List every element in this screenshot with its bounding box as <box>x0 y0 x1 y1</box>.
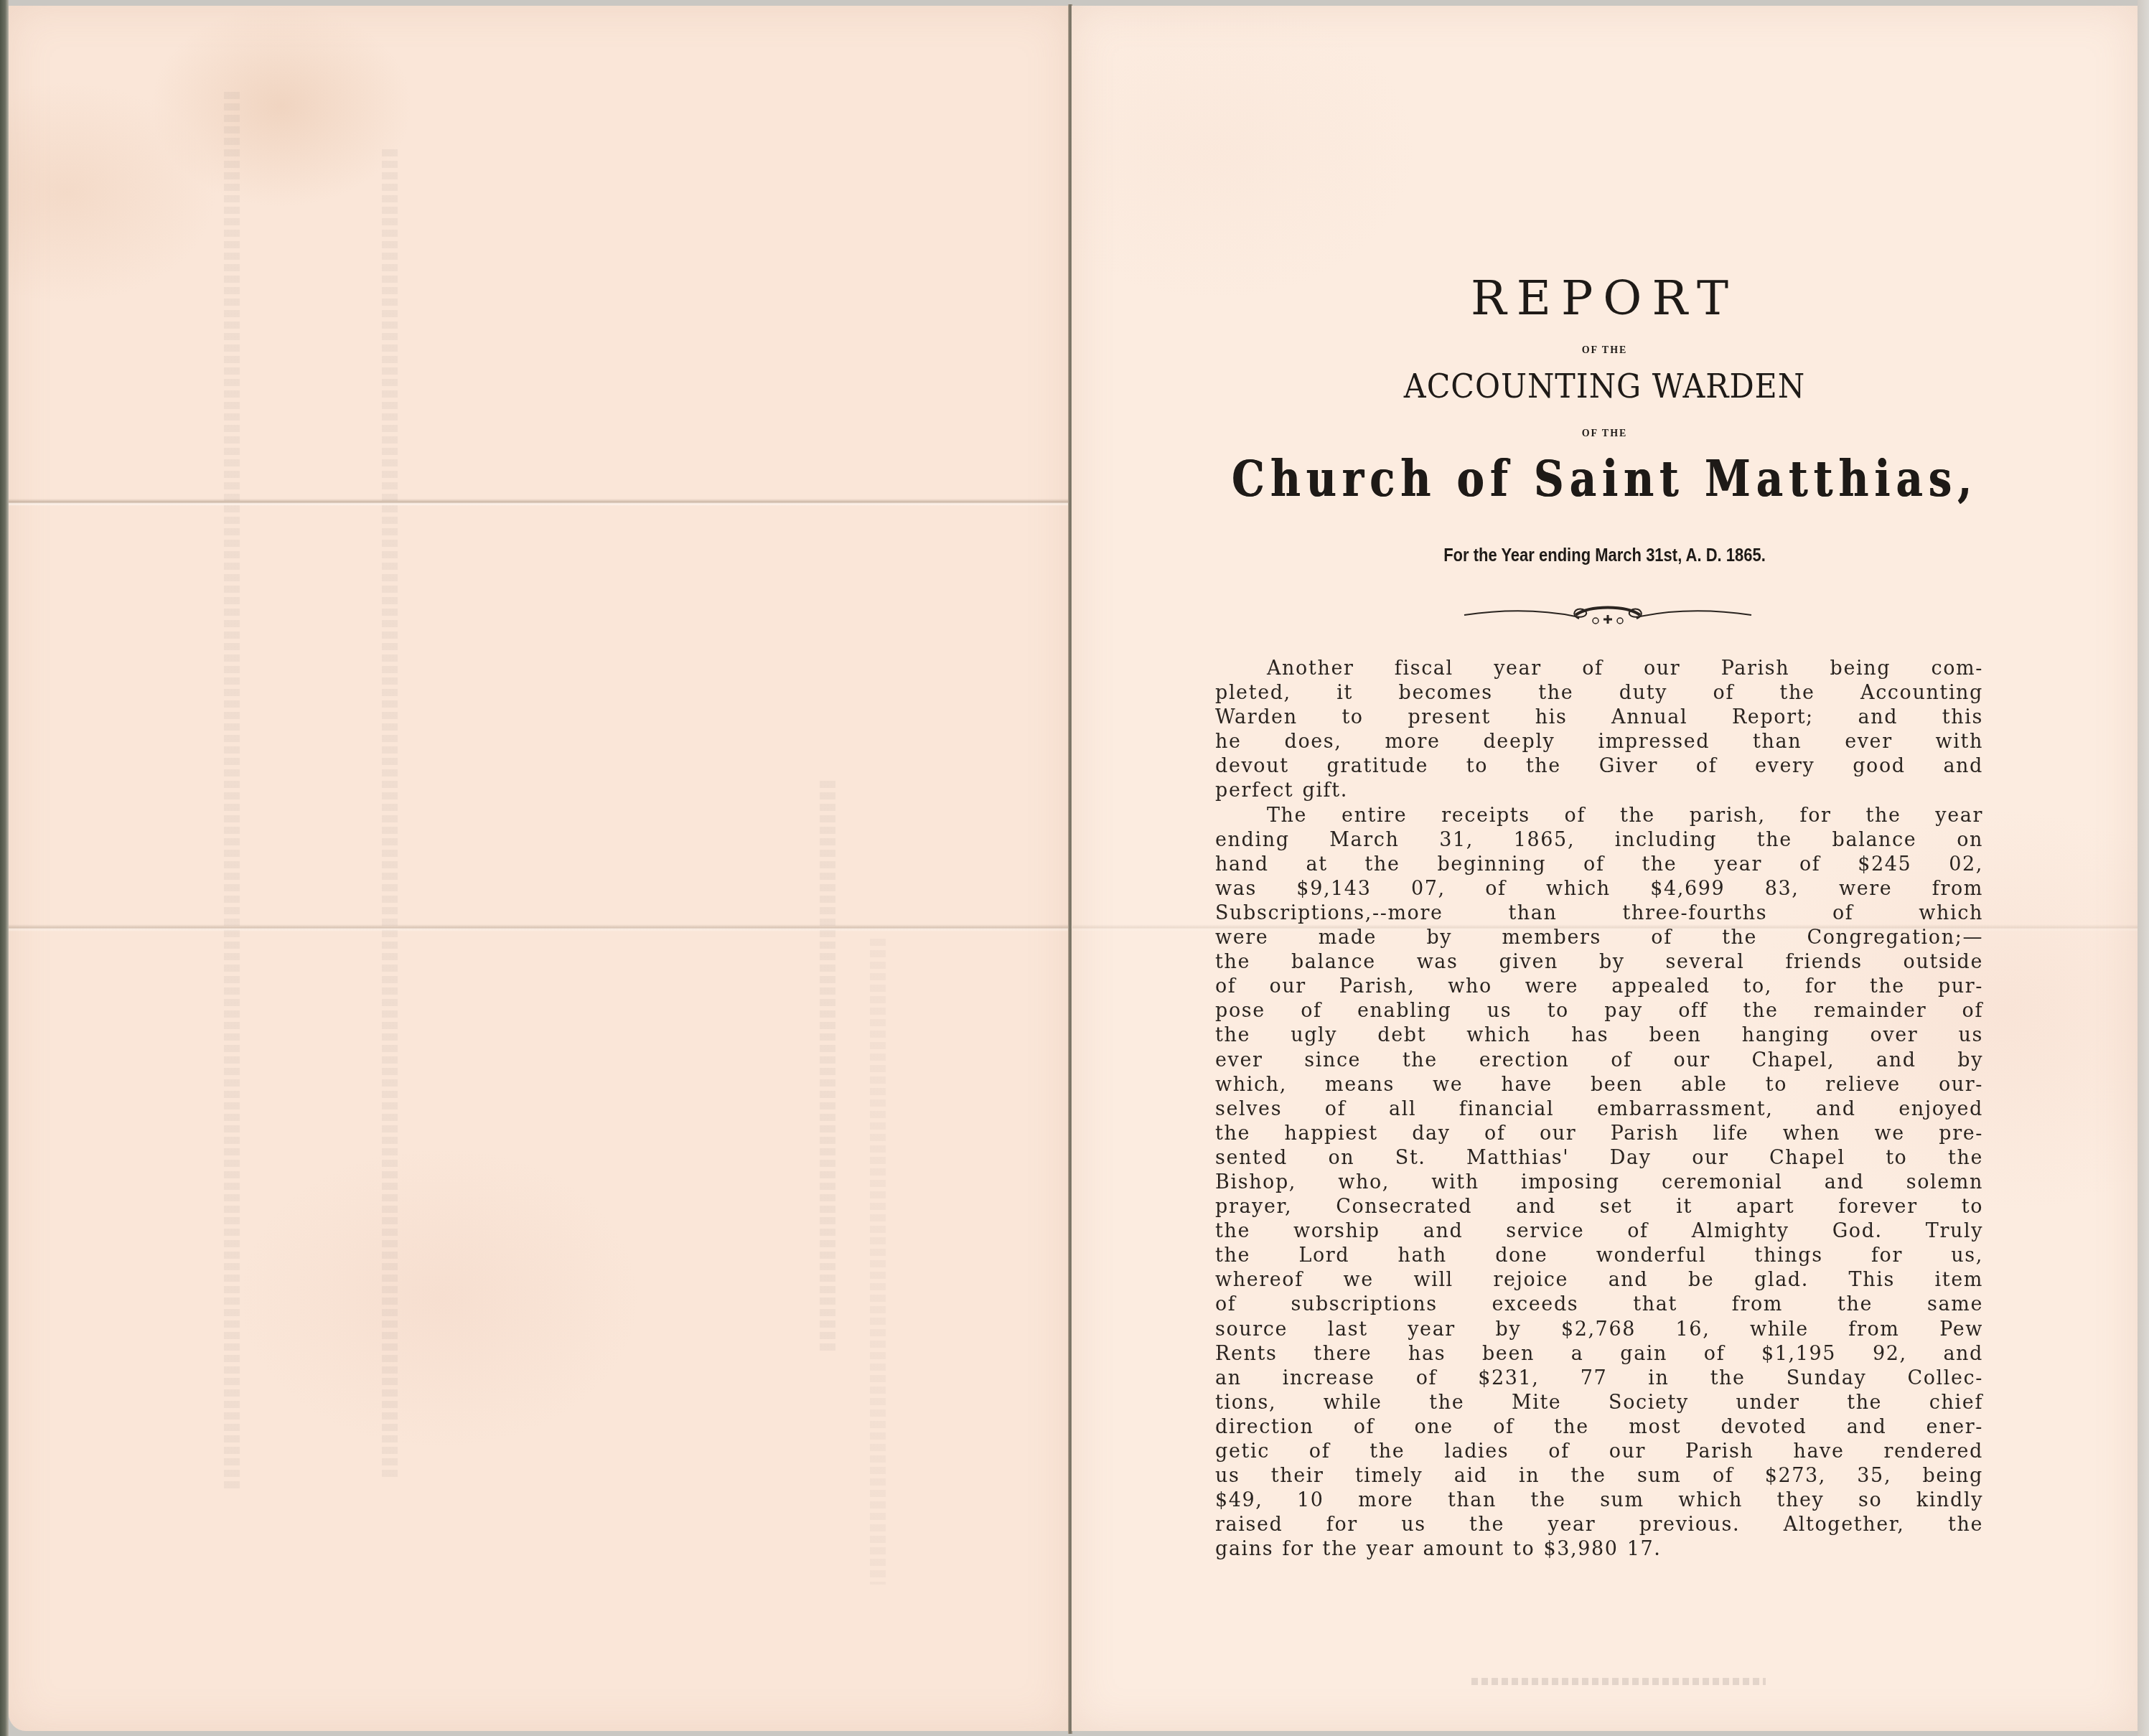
body-line: sented on St. Matthias' Day our Chapel t… <box>1215 1146 1983 1170</box>
body-line: $49, 10 more than the sum which they so … <box>1215 1488 1983 1513</box>
body-line: prayer, Consecrated and set it apart for… <box>1215 1195 1983 1219</box>
body-line: gains for the year amount to $3,980 17. <box>1215 1537 1983 1562</box>
fold-crease-middle-left <box>9 924 1068 932</box>
body-line: pleted, it becomes the duty of the Accou… <box>1215 681 1983 705</box>
body-line: of subscriptions exceeds that from the s… <box>1215 1292 1983 1317</box>
title-church-name: Church of Saint Matthias, <box>1168 454 2042 504</box>
body-line: us their timely aid in the sum of $273, … <box>1215 1464 1983 1488</box>
body-line: tions, while the Mite Society under the … <box>1215 1391 1983 1415</box>
report-body: Another fiscal year of our Parish being … <box>1215 657 1983 1562</box>
body-line: Bishop, who, with imposing ceremonial an… <box>1215 1170 1983 1195</box>
bleed-through-column <box>870 939 886 1585</box>
body-line: the ugly debt which has been hanging ove… <box>1215 1023 1983 1048</box>
body-line: pose of enabling us to pay off the remai… <box>1215 999 1983 1023</box>
title-of-the-2: OF THE <box>1072 429 2138 439</box>
body-line: devout gratitude to the Giver of every g… <box>1215 754 1983 779</box>
body-line: perfect gift. <box>1215 779 1983 803</box>
scan-border-left <box>0 0 9 1736</box>
bleed-through-text <box>1471 1678 1766 1685</box>
body-line: ending March 31, 1865, including the bal… <box>1215 828 1983 853</box>
title-year-subtitle: For the Year ending March 31st, A. D. 18… <box>1136 547 2074 565</box>
body-line: Rents there has been a gain of $1,195 92… <box>1215 1342 1983 1366</box>
body-line: direction of one of the most devoted and… <box>1215 1415 1983 1440</box>
body-line: he does, more deeply impressed than ever… <box>1215 730 1983 754</box>
body-line: Subscriptions,--more than three-fourths … <box>1215 901 1983 926</box>
body-line: The entire receipts of the parish, for t… <box>1215 804 1983 828</box>
bleed-through-column <box>224 92 240 1491</box>
left-page-blank <box>9 6 1069 1731</box>
body-line: the Lord hath done wonderful things for … <box>1215 1244 1983 1268</box>
body-line: which, means we have been able to reliev… <box>1215 1073 1983 1097</box>
body-line: raised for us the year previous. Altoget… <box>1215 1513 1983 1537</box>
body-line: hand at the beginning of the year of $24… <box>1215 853 1983 877</box>
bleed-through-column <box>382 149 398 1477</box>
body-line: was $9,143 07, of which $4,699 83, were … <box>1215 877 1983 901</box>
title-accounting-warden: ACCOUNTING WARDEN <box>1109 370 2100 403</box>
body-line: of our Parish, who were appealed to, for… <box>1215 975 1983 999</box>
body-line: whereof we will rejoice and be glad. Thi… <box>1215 1268 1983 1292</box>
body-line: the worship and service of Almighty God.… <box>1215 1219 1983 1244</box>
body-line: Warden to present his Annual Report; and… <box>1215 705 1983 730</box>
scan-border-right <box>2138 0 2149 1736</box>
body-line: an increase of $231, 77 in the Sunday Co… <box>1215 1366 1983 1391</box>
body-line: Another fiscal year of our Parish being … <box>1215 657 1983 681</box>
body-line: getic of the ladies of our Parish have r… <box>1215 1440 1983 1464</box>
title-report: REPORT <box>1072 275 2138 322</box>
body-line: selves of all financial embarrassment, a… <box>1215 1097 1983 1122</box>
bleed-through-column <box>820 781 835 1355</box>
body-line: source last year by $2,768 16, while fro… <box>1215 1318 1983 1342</box>
body-line: were made by members of the Congregation… <box>1215 926 1983 950</box>
flourish-ornament-icon <box>1461 599 1755 628</box>
body-line: the balance was given by several friends… <box>1215 950 1983 975</box>
body-line: ever since the erection of our Chapel, a… <box>1215 1048 1983 1073</box>
title-of-the-1: OF THE <box>1072 346 2138 356</box>
body-line: the happiest day of our Parish life when… <box>1215 1122 1983 1146</box>
fold-crease-upper <box>9 499 1068 506</box>
